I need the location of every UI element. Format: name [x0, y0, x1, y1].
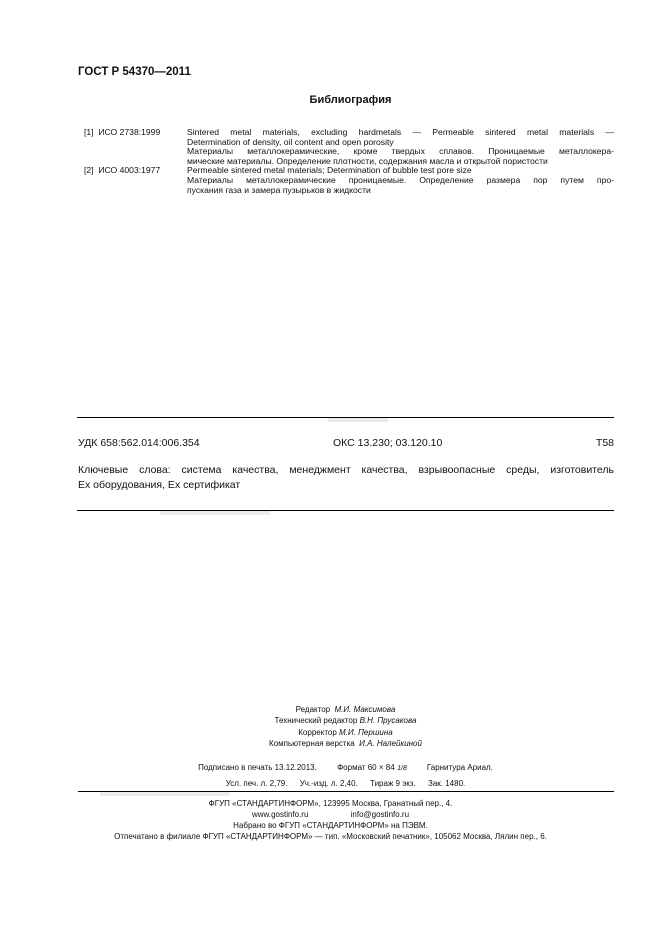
- credit-layout: Компьютерная верстка И.А. Налейкиной: [30, 738, 661, 749]
- bibliography-entry: [1] ИСО 2738:1999 Sintered metal materia…: [84, 128, 614, 166]
- credit-role: Компьютерная верстка: [269, 739, 355, 748]
- ref-code: ИСО 2738:1999: [98, 127, 160, 137]
- standard-number: ГОСТ Р 54370—2011: [78, 66, 191, 78]
- publisher-address: ФГУП «СТАНДАРТИНФОРМ», 123995 Москва, Гр…: [0, 798, 661, 809]
- printed-sheets: Усл. печ. л. 2,79.: [226, 779, 288, 788]
- ref-number: [2]: [84, 165, 94, 175]
- print-run: Тираж 9 экз.: [370, 779, 416, 788]
- keywords-line: Ех оборудования, Ех сертификат: [78, 478, 614, 493]
- ref-line: пускания газа и замера пузырьков в жидко…: [187, 186, 614, 196]
- scan-artifact: [160, 511, 270, 515]
- ref-number: [1]: [84, 127, 94, 137]
- editorial-credits: Редактор М.И. Максимова Технический реда…: [0, 704, 661, 749]
- format-fraction: 1/8: [396, 761, 408, 776]
- paper-format: Формат 60 × 84: [337, 763, 395, 772]
- scan-artifact: [100, 792, 230, 796]
- typeface: Гарнитура Ариал.: [427, 763, 493, 772]
- credit-name: В.Н. Прусакова: [360, 716, 417, 725]
- printed-note: Отпечатано в филиале ФГУП «СТАНДАРТИНФОР…: [0, 831, 661, 842]
- scan-artifact: [328, 418, 388, 422]
- bibliography-ref: [1] ИСО 2738:1999: [84, 128, 187, 166]
- print-info-line2: Усл. печ. л. 2,79. Уч.-изд. л. 2,40. Тир…: [30, 776, 661, 791]
- print-info: Подписано в печать 13.12.2013. Формат 60…: [0, 760, 661, 791]
- bibliography-entry: [2] ИСО 4003:1977 Permeable sintered met…: [84, 166, 614, 195]
- classification-row: УДК 658:562.014:006.354 ОКС 13.230; 03.1…: [78, 437, 614, 449]
- category-code: Т58: [596, 437, 614, 449]
- typeset-note: Набрано во ФГУП «СТАНДАРТИНФОРМ» на ПЭВМ…: [0, 820, 661, 831]
- publishing-sheets: Уч.-изд. л. 2,40.: [300, 779, 358, 788]
- divider-bottom: [77, 510, 614, 511]
- credit-editor: Редактор М.И. Максимова: [30, 704, 661, 715]
- order-number: Зак. 1480.: [428, 779, 465, 788]
- publisher-info: ФГУП «СТАНДАРТИНФОРМ», 123995 Москва, Гр…: [0, 798, 661, 842]
- credit-role: Технический редактор: [275, 716, 358, 725]
- keywords: Ключевые слова: система качества, менедж…: [78, 463, 614, 493]
- credit-name: М.И. Максимова: [335, 705, 396, 714]
- credit-name: И.А. Налейкиной: [359, 739, 422, 748]
- credit-tech-editor: Технический редактор В.Н. Прусакова: [30, 715, 661, 726]
- ref-code: ИСО 4003:1977: [98, 165, 160, 175]
- publisher-contacts: www.gostinfo.ru info@gostinfo.ru: [0, 809, 661, 820]
- bibliography-ref: [2] ИСО 4003:1977: [84, 166, 187, 195]
- publisher-website[interactable]: www.gostinfo.ru: [252, 810, 308, 819]
- signed-date: Подписано в печать 13.12.2013.: [198, 763, 317, 772]
- print-info-line1: Подписано в печать 13.12.2013. Формат 60…: [30, 760, 661, 776]
- credit-role: Редактор: [296, 705, 330, 714]
- credit-name: М.И. Першина: [339, 728, 393, 737]
- publisher-email[interactable]: info@gostinfo.ru: [351, 810, 409, 819]
- ref-description: Sintered metal materials, excluding hard…: [187, 128, 614, 166]
- credit-role: Корректор: [298, 728, 337, 737]
- bibliography-list: [1] ИСО 2738:1999 Sintered metal materia…: [84, 128, 614, 195]
- oks-code: ОКС 13.230; 03.120.10: [333, 437, 442, 449]
- bibliography-title: Библиография: [0, 94, 661, 106]
- ref-description: Permeable sintered metal materials; Dete…: [187, 166, 614, 195]
- keywords-line: Ключевые слова: система качества, менедж…: [78, 463, 614, 478]
- credit-corrector: Корректор М.И. Першина: [30, 727, 661, 738]
- udk-code: УДК 658:562.014:006.354: [78, 437, 200, 449]
